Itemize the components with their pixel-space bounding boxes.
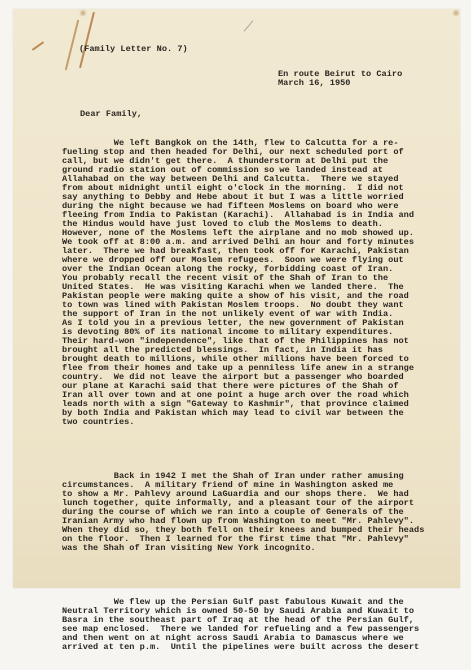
paragraph-2: Back in 1942 I met the Shah of Iran unde…: [62, 472, 424, 553]
dateline-date: March 16, 1950: [278, 79, 350, 88]
text-line: two countries.: [62, 418, 424, 427]
paperclip-stain: [32, 41, 45, 51]
pencil-check-mark: [244, 20, 254, 31]
letter-header: (Family Letter No. 7): [79, 45, 188, 54]
corner-stain: [79, 9, 87, 17]
letter-body: We left Bangkok on the 14th, flew to Cal…: [62, 121, 424, 600]
text-line: was the Shah of Iran visiting New York i…: [62, 544, 424, 553]
corner-stain: [452, 9, 460, 17]
salutation: Dear Family,: [80, 110, 142, 119]
paperclip-stain: [79, 12, 95, 69]
paperclip-stain: [65, 20, 80, 71]
paragraph-1: We left Bangkok on the 14th, flew to Cal…: [62, 139, 424, 427]
letter-page: (Family Letter No. 7) En route Beirut to…: [13, 9, 460, 588]
